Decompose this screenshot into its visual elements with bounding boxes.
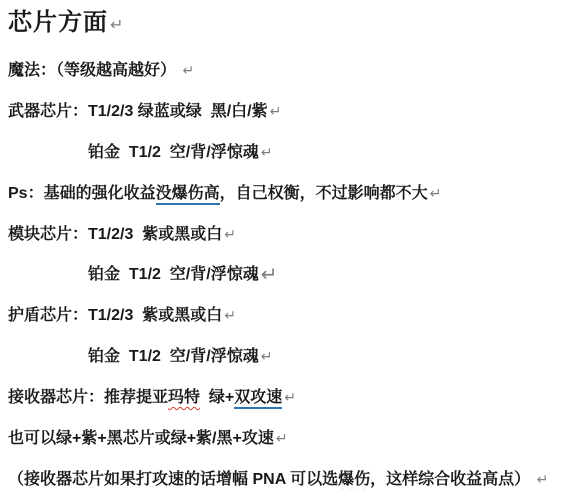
paragraph-mark-icon: ↵ — [537, 471, 549, 487]
text-line: （接收器芯片如果打攻速的话增幅 PNA 可以选爆伤，这样综合收益高点） ↵ — [8, 468, 572, 489]
paragraph-mark-icon: ↵ — [261, 144, 273, 160]
text-run: 模块芯片：T1/2/3 紫或黑或白 — [8, 226, 222, 243]
spellcheck-run: 玛特 — [168, 389, 200, 406]
text-run: Ps：基础的强化收益 — [8, 185, 156, 202]
text-line: 铂金 T1/2 空/背/浮惊魂↵ — [8, 141, 572, 164]
text-run: 魔法：（等级越高越好） — [8, 62, 180, 79]
underlined-run: 没爆伤高 — [156, 185, 220, 205]
paragraph-mark-icon: ↵ — [261, 348, 273, 364]
text-run: ，自己权衡，不过影响都不大 — [220, 185, 428, 202]
text-run: 武器芯片：T1/2/3 绿蓝或绿 黑/白/紫 — [8, 103, 268, 120]
paragraph-mark-icon: ↵ — [276, 430, 288, 446]
text-run: 增幅 PNA 可以 — [216, 471, 322, 488]
document-page[interactable]: 芯片方面↵魔法：（等级越高越好） ↵武器芯片：T1/2/3 绿蓝或绿 黑/白/紫… — [0, 0, 580, 489]
text-run: 接收器芯片：推荐提亚 — [8, 389, 168, 406]
text-line: 魔法：（等级越高越好） ↵ — [8, 59, 572, 82]
paragraph-mark-icon: ↵ — [430, 185, 442, 201]
text-line: 铂金 T1/2 空/背/浮惊魂↵ — [8, 264, 572, 286]
text-line: 护盾芯片：T1/2/3 紫或黑或白↵ — [8, 304, 572, 327]
paragraph-mark-icon: ↵ — [182, 62, 194, 78]
paragraph-mark-icon: ↵ — [110, 17, 124, 34]
text-run: 铂金 T1/2 空/背/浮惊魂 — [88, 144, 259, 161]
text-line: 武器芯片：T1/2/3 绿蓝或绿 黑/白/紫↵ — [8, 100, 572, 123]
text-run: 护盾芯片：T1/2/3 紫或黑或白 — [8, 307, 222, 324]
paragraph-mark-icon: ↵ — [270, 103, 282, 119]
text-line: 接收器芯片：推荐提亚玛特 绿+双攻速↵ — [8, 386, 572, 409]
text-run: 芯片方面 — [8, 9, 108, 36]
underlined-spellcheck-run: 爆伤 — [338, 471, 370, 489]
text-line: Ps：基础的强化收益没爆伤高，自己权衡，不过影响都不大↵ — [8, 182, 572, 205]
paragraph-mark-icon: ↵ — [284, 389, 296, 405]
text-run: 绿+ — [200, 389, 234, 406]
paragraph-mark-icon: ↵ — [224, 226, 236, 242]
text-run: 也可以绿+紫+黑芯片或绿+紫/黑+攻速 — [8, 430, 274, 447]
text-run: 铂金 T1/2 空/背/浮惊魂 — [88, 266, 259, 283]
underlined-run: 双攻速 — [234, 389, 282, 409]
paragraph-mark-icon: ↵ — [261, 264, 278, 286]
paragraph-mark-icon: ↵ — [224, 307, 236, 323]
text-line: 模块芯片：T1/2/3 紫或黑或白↵ — [8, 223, 572, 246]
text-run: 铂金 T1/2 空/背/浮惊魂 — [88, 348, 259, 365]
underlined-run: 选 — [322, 471, 338, 489]
text-run: ，这样综合收益高点） — [370, 471, 534, 488]
text-line: 铂金 T1/2 空/背/浮惊魂↵ — [8, 345, 572, 368]
text-run: （接收器芯片如果打攻 — [8, 471, 168, 488]
heading-line: 芯片方面↵ — [8, 8, 572, 41]
text-line: 也可以绿+紫+黑芯片或绿+紫/黑+攻速↵ — [8, 427, 572, 450]
underlined-run: 速的话 — [168, 471, 216, 489]
